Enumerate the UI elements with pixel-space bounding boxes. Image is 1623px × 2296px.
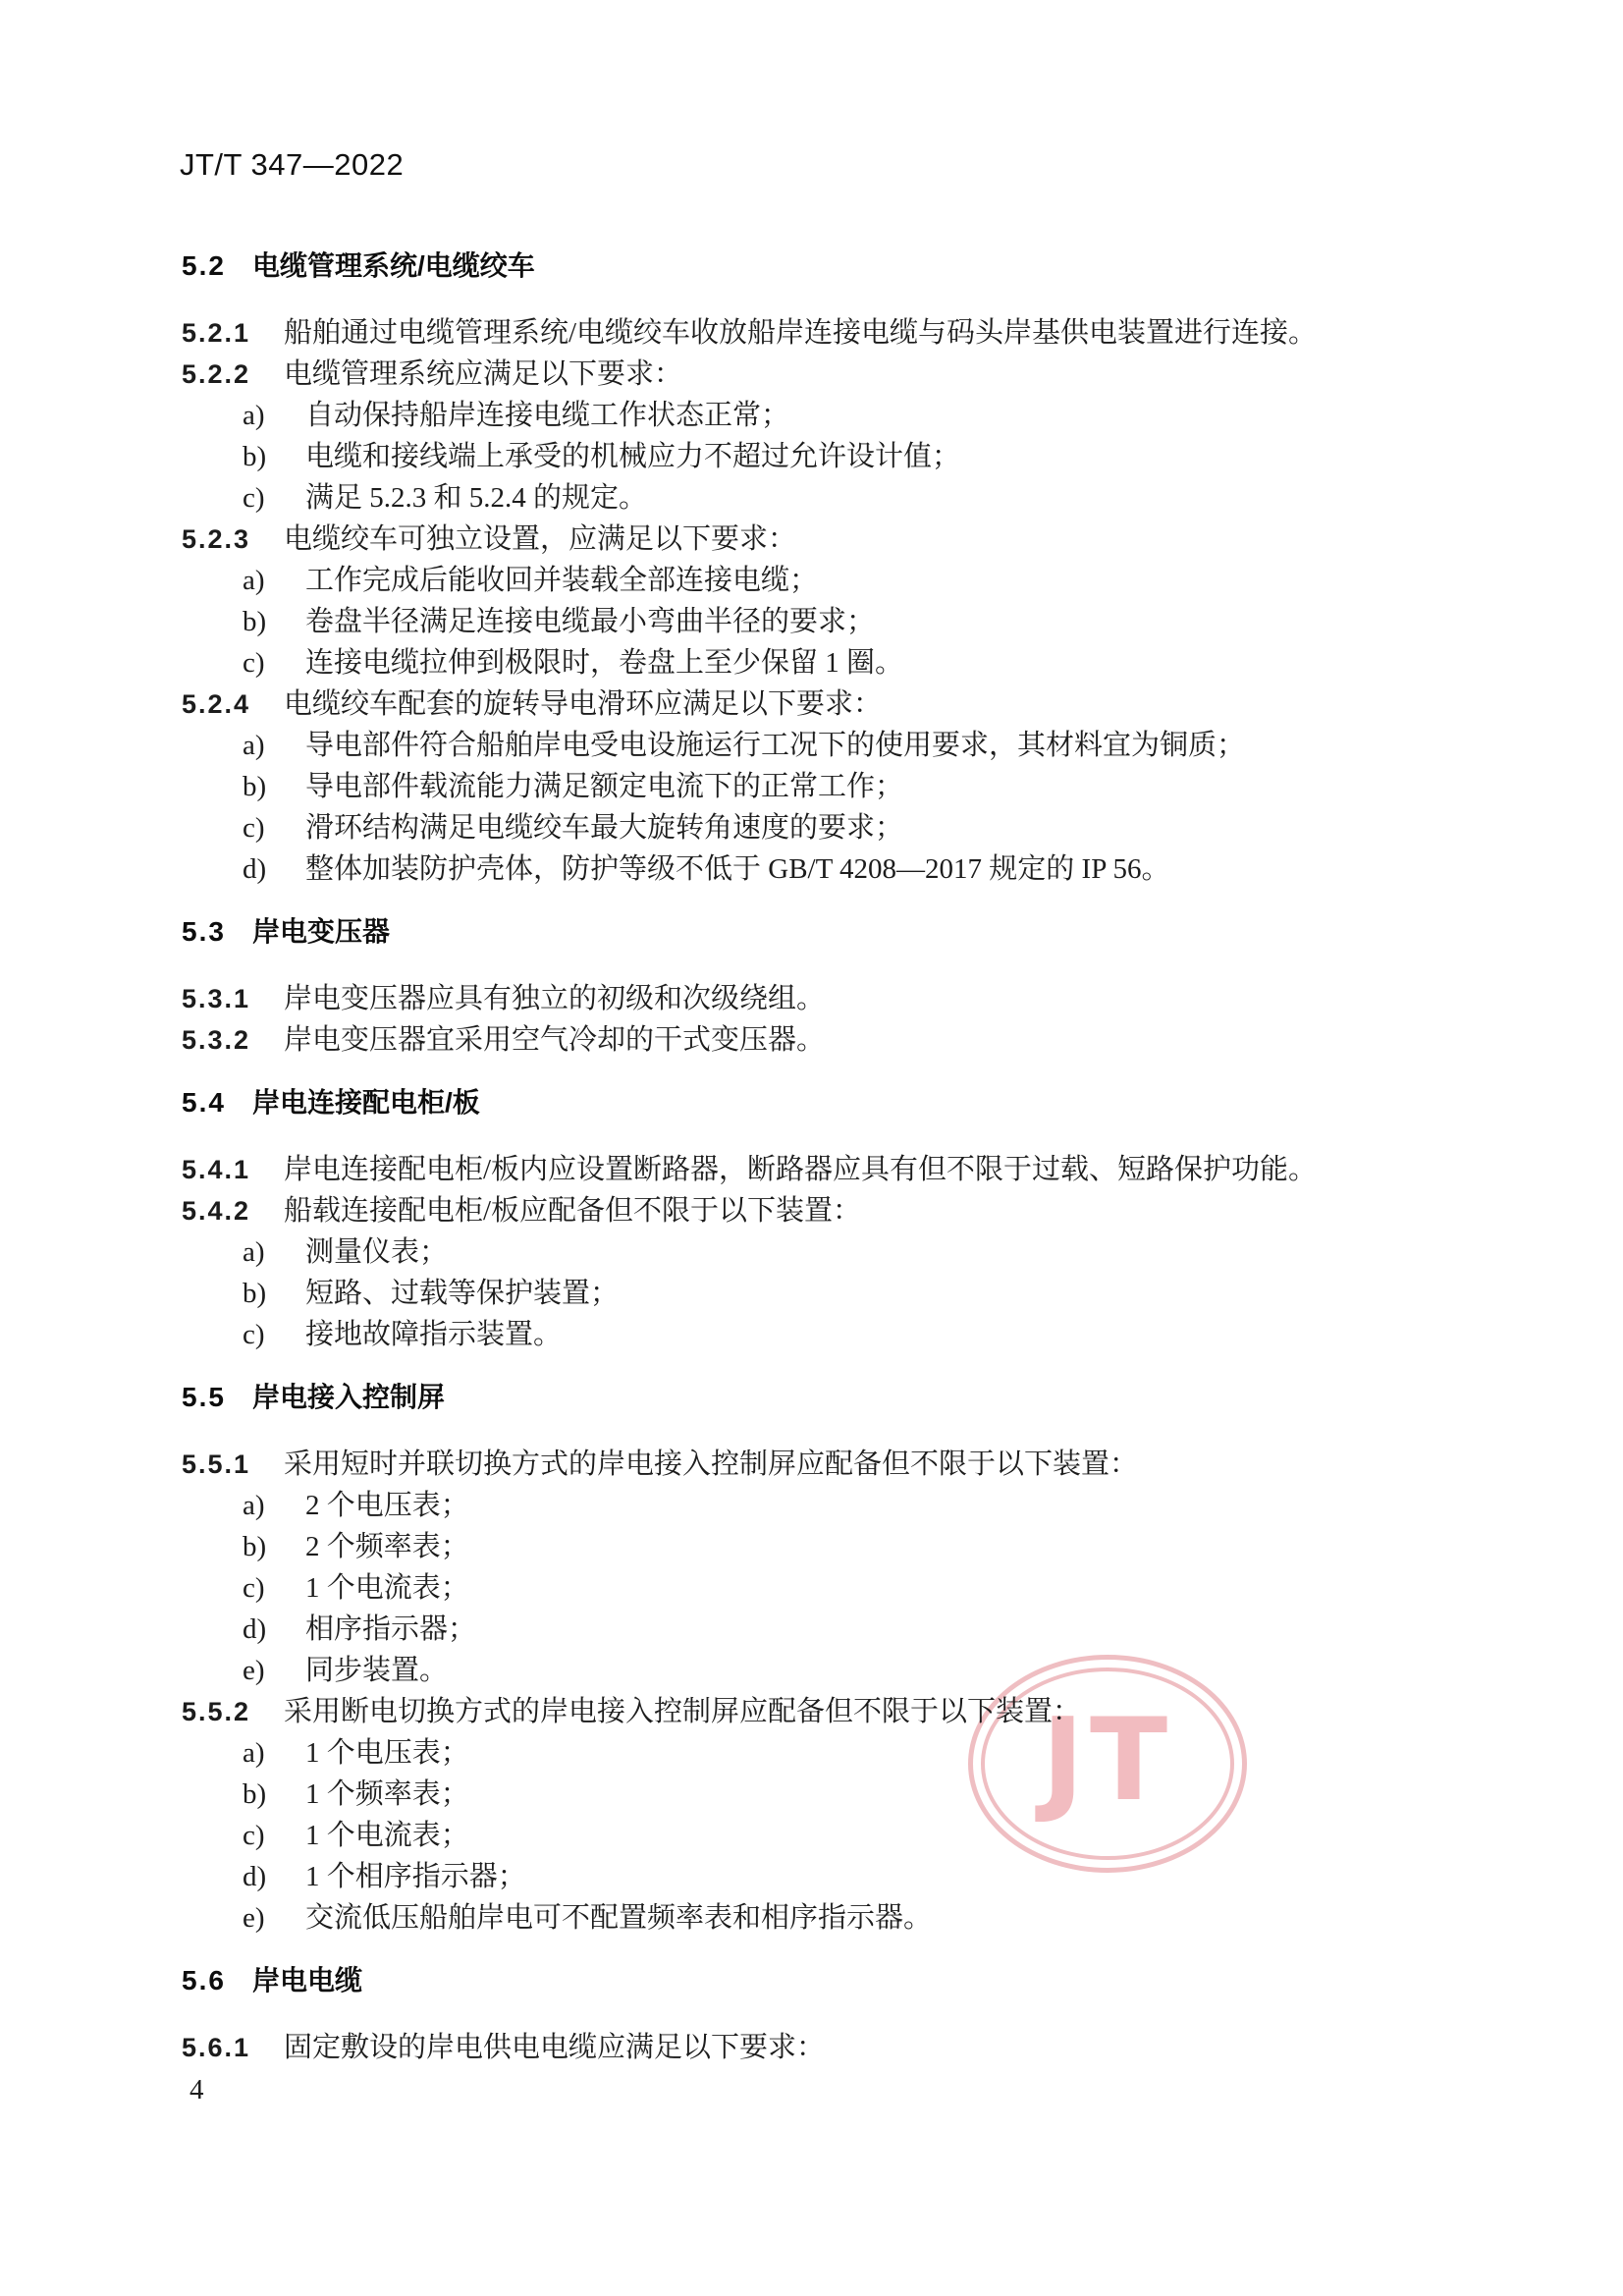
list-item: a)导电部件符合船舶岸电受电设施运行工况下的使用要求，其材料宜为铜质； xyxy=(182,725,1458,766)
clause-text: 固定敷设的岸电供电电缆应满足以下要求： xyxy=(284,2027,1458,2068)
list-item-text: 卷盘半径满足连接电缆最小弯曲半径的要求； xyxy=(305,601,1458,642)
clause-row: 5.4.2船载连接配电柜/板应配备但不限于以下装置： xyxy=(182,1190,1458,1231)
list-item-letter: b) xyxy=(243,436,305,477)
clause-number: 5.4.2 xyxy=(182,1190,284,1231)
document-page: JT/T 347—2022 JT 5.2电缆管理系统/电缆绞车5.2.1船舶通过… xyxy=(0,0,1623,2296)
clause-row: 5.5.1采用短时并联切换方式的岸电接入控制屏应配备但不限于以下装置： xyxy=(182,1444,1458,1485)
section-number: 5.4 xyxy=(182,1082,252,1123)
list-item: a)测量仪表； xyxy=(182,1231,1458,1273)
clause-number: 5.5.2 xyxy=(182,1691,284,1732)
clause-text: 电缆绞车配套的旋转导电滑环应满足以下要求： xyxy=(284,683,1458,725)
list-item-letter: b) xyxy=(243,1774,305,1815)
list-item-letter: c) xyxy=(243,1815,305,1856)
list-item-text: 导电部件符合船舶岸电受电设施运行工况下的使用要求，其材料宜为铜质； xyxy=(305,725,1458,766)
list-item-text: 滑环结构满足电缆绞车最大旋转角速度的要求； xyxy=(305,807,1458,848)
list-item: e)交流低压船舶岸电可不配置频率表和相序指示器。 xyxy=(182,1897,1458,1939)
clause-row: 5.6.1固定敷设的岸电供电电缆应满足以下要求： xyxy=(182,2027,1458,2068)
list-item: c)连接电缆拉伸到极限时，卷盘上至少保留 1 圈。 xyxy=(182,642,1458,683)
list-item: c)1 个电流表； xyxy=(182,1815,1458,1856)
list-item-text: 交流低压船舶岸电可不配置频率表和相序指示器。 xyxy=(305,1897,1458,1939)
list-item: a)1 个电压表； xyxy=(182,1732,1458,1774)
list-item: e)同步装置。 xyxy=(182,1650,1458,1691)
list-item: a)工作完成后能收回并装载全部连接电缆； xyxy=(182,560,1458,601)
list-item-letter: a) xyxy=(243,1485,305,1526)
clause-row: 5.5.2采用断电切换方式的岸电接入控制屏应配备但不限于以下装置： xyxy=(182,1691,1458,1732)
list-item-letter: a) xyxy=(243,560,305,601)
clause-text: 采用断电切换方式的岸电接入控制屏应配备但不限于以下装置： xyxy=(284,1691,1458,1732)
list-item-letter: c) xyxy=(243,642,305,683)
clause-number: 5.3.2 xyxy=(182,1019,284,1061)
section-heading: 5.5岸电接入控制屏 xyxy=(182,1377,1458,1418)
list-item: b)1 个频率表； xyxy=(182,1774,1458,1815)
list-item-text: 相序指示器； xyxy=(305,1609,1458,1650)
list-item-text: 满足 5.2.3 和 5.2.4 的规定。 xyxy=(305,477,1458,519)
list-item-letter: b) xyxy=(243,766,305,807)
clause-number: 5.4.1 xyxy=(182,1149,284,1190)
list-item: a)2 个电压表； xyxy=(182,1485,1458,1526)
list-item-text: 导电部件载流能力满足额定电流下的正常工作； xyxy=(305,766,1458,807)
list-item-text: 测量仪表； xyxy=(305,1231,1458,1273)
list-item-letter: b) xyxy=(243,1526,305,1567)
section-heading: 5.3岸电变压器 xyxy=(182,911,1458,953)
clause-number: 5.3.1 xyxy=(182,978,284,1019)
list-item-text: 自动保持船岸连接电缆工作状态正常； xyxy=(305,395,1458,436)
clause-text: 岸电变压器宜采用空气冷却的干式变压器。 xyxy=(284,1019,1458,1061)
section-heading: 5.4岸电连接配电柜/板 xyxy=(182,1082,1458,1123)
clause-row: 5.3.1岸电变压器应具有独立的初级和次级绕组。 xyxy=(182,978,1458,1019)
list-item: c)1 个电流表； xyxy=(182,1567,1458,1609)
clause-text: 电缆管理系统应满足以下要求： xyxy=(284,354,1458,395)
list-item-letter: c) xyxy=(243,1314,305,1355)
list-item: d)整体加装防护壳体，防护等级不低于 GB/T 4208—2017 规定的 IP… xyxy=(182,848,1458,890)
list-item-letter: c) xyxy=(243,477,305,519)
list-item-letter: c) xyxy=(243,1567,305,1609)
section-heading: 5.2电缆管理系统/电缆绞车 xyxy=(182,246,1458,287)
list-item-letter: e) xyxy=(243,1650,305,1691)
clause-number: 5.6.1 xyxy=(182,2027,284,2068)
list-item-letter: e) xyxy=(243,1897,305,1939)
list-item-letter: a) xyxy=(243,1231,305,1273)
document-content: 5.2电缆管理系统/电缆绞车5.2.1船舶通过电缆管理系统/电缆绞车收放船岸连接… xyxy=(182,246,1458,2068)
list-item-text: 1 个电流表； xyxy=(305,1567,1458,1609)
clause-row: 5.4.1岸电连接配电柜/板内应设置断路器，断路器应具有但不限于过载、短路保护功… xyxy=(182,1149,1458,1190)
list-item-text: 同步装置。 xyxy=(305,1650,1458,1691)
list-item: d)相序指示器； xyxy=(182,1609,1458,1650)
clause-text: 电缆绞车可独立设置，应满足以下要求： xyxy=(284,519,1458,560)
list-item-text: 电缆和接线端上承受的机械应力不超过允许设计值； xyxy=(305,436,1458,477)
clause-row: 5.2.1船舶通过电缆管理系统/电缆绞车收放船岸连接电缆与码头岸基供电装置进行连… xyxy=(182,312,1458,354)
list-item: d)1 个相序指示器； xyxy=(182,1856,1458,1897)
list-item-text: 2 个频率表； xyxy=(305,1526,1458,1567)
list-item-text: 连接电缆拉伸到极限时，卷盘上至少保留 1 圈。 xyxy=(305,642,1458,683)
section-number: 5.5 xyxy=(182,1377,252,1418)
page-number: 4 xyxy=(189,2074,204,2106)
clause-row: 5.3.2岸电变压器宜采用空气冷却的干式变压器。 xyxy=(182,1019,1458,1061)
section-title: 岸电变压器 xyxy=(252,911,390,953)
clause-number: 5.2.3 xyxy=(182,519,284,560)
list-item-letter: c) xyxy=(243,807,305,848)
list-item-letter: a) xyxy=(243,395,305,436)
clause-number: 5.2.4 xyxy=(182,683,284,725)
section-number: 5.3 xyxy=(182,911,252,953)
list-item: c)满足 5.2.3 和 5.2.4 的规定。 xyxy=(182,477,1458,519)
list-item-text: 2 个电压表； xyxy=(305,1485,1458,1526)
section-heading: 5.6岸电电缆 xyxy=(182,1960,1458,2001)
list-item-text: 1 个电压表； xyxy=(305,1732,1458,1774)
list-item-text: 1 个电流表； xyxy=(305,1815,1458,1856)
list-item: b)导电部件载流能力满足额定电流下的正常工作； xyxy=(182,766,1458,807)
list-item: a)自动保持船岸连接电缆工作状态正常； xyxy=(182,395,1458,436)
list-item-text: 短路、过载等保护装置； xyxy=(305,1273,1458,1314)
list-item-letter: a) xyxy=(243,725,305,766)
list-item-letter: d) xyxy=(243,1856,305,1897)
clause-number: 5.2.1 xyxy=(182,312,284,354)
section-title: 岸电接入控制屏 xyxy=(252,1377,445,1418)
list-item: b)卷盘半径满足连接电缆最小弯曲半径的要求； xyxy=(182,601,1458,642)
clause-text: 采用短时并联切换方式的岸电接入控制屏应配备但不限于以下装置： xyxy=(284,1444,1458,1485)
list-item-letter: a) xyxy=(243,1732,305,1774)
list-item-text: 工作完成后能收回并装载全部连接电缆； xyxy=(305,560,1458,601)
list-item: c)滑环结构满足电缆绞车最大旋转角速度的要求； xyxy=(182,807,1458,848)
list-item-letter: b) xyxy=(243,1273,305,1314)
list-item-text: 1 个频率表； xyxy=(305,1774,1458,1815)
clause-text: 岸电连接配电柜/板内应设置断路器，断路器应具有但不限于过载、短路保护功能。 xyxy=(284,1149,1458,1190)
clause-number: 5.5.1 xyxy=(182,1444,284,1485)
list-item: c)接地故障指示装置。 xyxy=(182,1314,1458,1355)
list-item: b)电缆和接线端上承受的机械应力不超过允许设计值； xyxy=(182,436,1458,477)
clause-row: 5.2.3电缆绞车可独立设置，应满足以下要求： xyxy=(182,519,1458,560)
clause-row: 5.2.2电缆管理系统应满足以下要求： xyxy=(182,354,1458,395)
list-item-text: 整体加装防护壳体，防护等级不低于 GB/T 4208—2017 规定的 IP 5… xyxy=(305,848,1458,890)
clause-text: 船舶通过电缆管理系统/电缆绞车收放船岸连接电缆与码头岸基供电装置进行连接。 xyxy=(284,312,1458,354)
section-title: 岸电电缆 xyxy=(252,1960,362,2001)
section-number: 5.6 xyxy=(182,1960,252,2001)
list-item: b)短路、过载等保护装置； xyxy=(182,1273,1458,1314)
list-item-letter: d) xyxy=(243,1609,305,1650)
list-item-letter: d) xyxy=(243,848,305,890)
section-title: 岸电连接配电柜/板 xyxy=(252,1082,480,1123)
clause-text: 船载连接配电柜/板应配备但不限于以下装置： xyxy=(284,1190,1458,1231)
list-item: b)2 个频率表； xyxy=(182,1526,1458,1567)
clause-text: 岸电变压器应具有独立的初级和次级绕组。 xyxy=(284,978,1458,1019)
list-item-letter: b) xyxy=(243,601,305,642)
section-number: 5.2 xyxy=(182,246,252,287)
list-item-text: 1 个相序指示器； xyxy=(305,1856,1458,1897)
clause-row: 5.2.4电缆绞车配套的旋转导电滑环应满足以下要求： xyxy=(182,683,1458,725)
clause-number: 5.2.2 xyxy=(182,354,284,395)
list-item-text: 接地故障指示装置。 xyxy=(305,1314,1458,1355)
section-title: 电缆管理系统/电缆绞车 xyxy=(252,246,535,287)
standard-number-header: JT/T 347—2022 xyxy=(180,147,404,183)
